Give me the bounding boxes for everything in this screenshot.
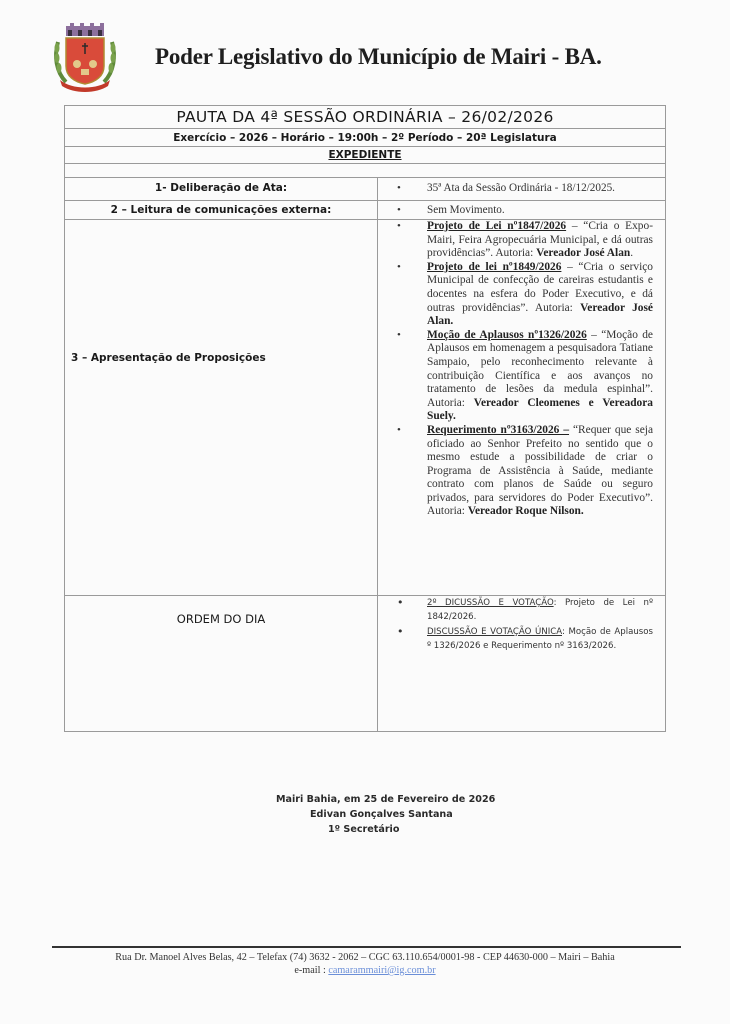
signature-name: Edivan Gonçalves Santana (310, 809, 453, 820)
footer-email-label: e-mail : (294, 965, 328, 976)
row-label: 3 – Apresentação de Proposições (65, 220, 378, 595)
proposition-author: Vereador Roque Nilson. (468, 505, 584, 517)
table-row: 3 – Apresentação de Proposições Projeto … (65, 220, 665, 596)
proposition-author: Vereador José Alan (536, 247, 630, 259)
proposition-end: . (630, 247, 633, 259)
order-of-day-list: 2º DICUSSÃO E VOTAÇÃO: Projeto de Lei nº… (378, 596, 665, 653)
proposition-title: Requerimento nº3163/2026 – (427, 424, 569, 436)
table-row: 2 – Leitura de comunicações externa: Sem… (65, 201, 665, 220)
list-item: Sem Movimento. (378, 201, 653, 219)
footer-email-link[interactable]: camarammairi@ig.com.br (328, 965, 435, 976)
proposition-text: “Requer que seja oficiado ao Senhor Pref… (427, 424, 653, 518)
proposition-item: Projeto de lei nº1849/2026 – “Cria o ser… (378, 261, 653, 329)
blank-row (65, 164, 665, 178)
proposition-title: Moção de Aplausos nº1326/2026 (427, 329, 587, 341)
table-row: ORDEM DO DIA 2º DICUSSÃO E VOTAÇÃO: Proj… (65, 596, 665, 731)
order-item: 2º DICUSSÃO E VOTAÇÃO: Projeto de Lei nº… (378, 596, 653, 624)
footer-email-line: e-mail : camarammairi@ig.com.br (0, 965, 730, 976)
signature-place-date: Mairi Bahia, em 25 de Fevereiro de 2026 (276, 794, 495, 805)
order-item-title: 2º DICUSSÃO E VOTAÇÃO (427, 598, 554, 608)
proposition-item: Moção de Aplausos nº1326/2026 – “Moção d… (378, 329, 653, 424)
agenda-title: PAUTA DA 4ª SESSÃO ORDINÁRIA – 26/02/202… (65, 106, 665, 129)
row-label: ORDEM DO DIA (65, 596, 378, 731)
footer-address: Rua Dr. Manoel Alves Belas, 42 – Telefax… (0, 952, 730, 963)
proposition-title: Projeto de lei nº1849/2026 (427, 261, 561, 273)
proposition-item: Requerimento nº3163/2026 – “Requer que s… (378, 424, 653, 519)
list-item: 35ª Ata da Sessão Ordinária - 18/12/2025… (378, 178, 653, 199)
agenda-subtitle: Exercício – 2026 – Horário – 19:00h – 2º… (65, 129, 665, 147)
proposition-item: Projeto de Lei nº1847/2026 – “Cria o Exp… (378, 220, 653, 261)
order-item-title: DISCUSSÃO E VOTAÇÃO ÚNICA (427, 627, 562, 637)
propositions-list: Projeto de Lei nº1847/2026 – “Cria o Exp… (378, 220, 665, 519)
table-row: 1- Deliberação de Ata: 35ª Ata da Sessão… (65, 178, 665, 201)
municipal-coat-of-arms-icon (52, 22, 118, 94)
document-header-title: Poder Legislativo do Município de Mairi … (155, 44, 602, 70)
proposition-title: Projeto de Lei nº1847/2026 (427, 220, 566, 232)
agenda-table: PAUTA DA 4ª SESSÃO ORDINÁRIA – 26/02/202… (64, 105, 666, 732)
footer-divider (52, 946, 681, 948)
row-label: 2 – Leitura de comunicações externa: (65, 201, 378, 219)
row-label: 1- Deliberação de Ata: (65, 178, 378, 200)
order-item: DISCUSSÃO E VOTAÇÃO ÚNICA: Moção de Apla… (378, 625, 653, 653)
section-heading: EXPEDIENTE (65, 147, 665, 164)
section-heading-text: EXPEDIENTE (328, 149, 401, 161)
signature-role: 1º Secretário (328, 824, 399, 835)
